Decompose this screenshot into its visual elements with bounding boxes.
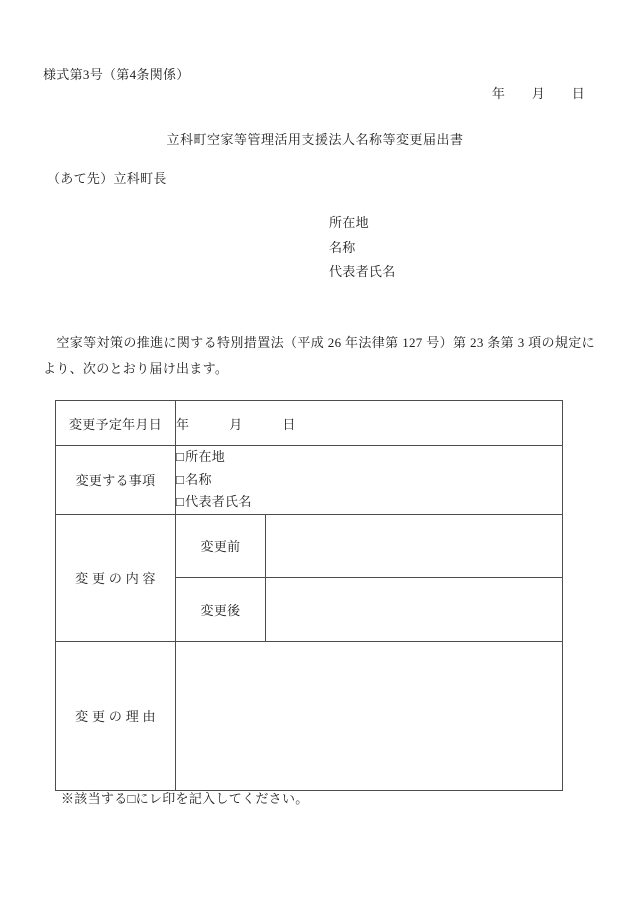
checkbox-label: 所在地 xyxy=(185,449,225,464)
change-after-label-cell: 変更後 xyxy=(176,577,266,641)
change-reason-label-cell: 変 更 の 理 由 xyxy=(56,641,176,790)
table-row: 変更する事項 □所在地 □名称 □代表者氏名 xyxy=(56,446,563,515)
sender-representative-label: 代表者氏名 xyxy=(329,260,396,285)
checkbox-option-name: □名称 xyxy=(176,469,562,492)
checkbox-label: 代表者氏名 xyxy=(185,494,252,509)
scheduled-date-label-cell: 変更予定年月日 xyxy=(56,401,176,446)
body-paragraph: 空家等対策の推進に関する特別措置法（平成 26 年法律第 127 号）第 23 … xyxy=(43,330,595,382)
sender-block: 所在地 名称 代表者氏名 xyxy=(329,211,396,285)
checkbox-icon: □ xyxy=(176,449,184,464)
scheduled-date-value-cell: 年 月 日 xyxy=(176,401,563,446)
table-row: 変 更 の 理 由 xyxy=(56,641,563,790)
sender-location-label: 所在地 xyxy=(329,211,396,236)
change-notification-table: 変更予定年月日 年 月 日 変更する事項 □所在地 □名称 □代表者氏名 xyxy=(55,400,563,791)
items-to-change-label-cell: 変更する事項 xyxy=(56,446,176,515)
items-to-change-value-cell: □所在地 □名称 □代表者氏名 xyxy=(176,446,563,515)
sender-name-label: 名称 xyxy=(329,236,396,261)
change-content-label-cell: 変 更 の 内 容 xyxy=(56,514,176,641)
checkbox-option-location: □所在地 xyxy=(176,446,562,469)
table-row: 変 更 の 内 容 変更前 xyxy=(56,514,563,577)
table-row: 変更予定年月日 年 月 日 xyxy=(56,401,563,446)
change-after-value-cell xyxy=(266,577,563,641)
checkbox-icon: □ xyxy=(176,494,184,509)
footnote: ※該当する□にレ印を記入してください。 xyxy=(61,788,309,807)
change-before-value-cell xyxy=(266,514,563,577)
change-reason-value-cell xyxy=(176,641,563,790)
checkbox-label: 名称 xyxy=(185,472,212,487)
checkbox-icon: □ xyxy=(176,472,184,487)
change-before-label-cell: 変更前 xyxy=(176,514,266,577)
checkbox-option-representative: □代表者氏名 xyxy=(176,491,562,514)
document-page: 様式第3号（第4条関係） 年 月 日 立科町空家等管理活用支援法人名称等変更届出… xyxy=(0,0,630,903)
page-title: 立科町空家等管理活用支援法人名称等変更届出書 xyxy=(0,129,630,148)
form-number-label: 様式第3号（第4条関係） xyxy=(43,64,190,83)
addressee-line: （あて先）立科町長 xyxy=(47,168,167,187)
header-date-line: 年 月 日 xyxy=(492,83,585,102)
